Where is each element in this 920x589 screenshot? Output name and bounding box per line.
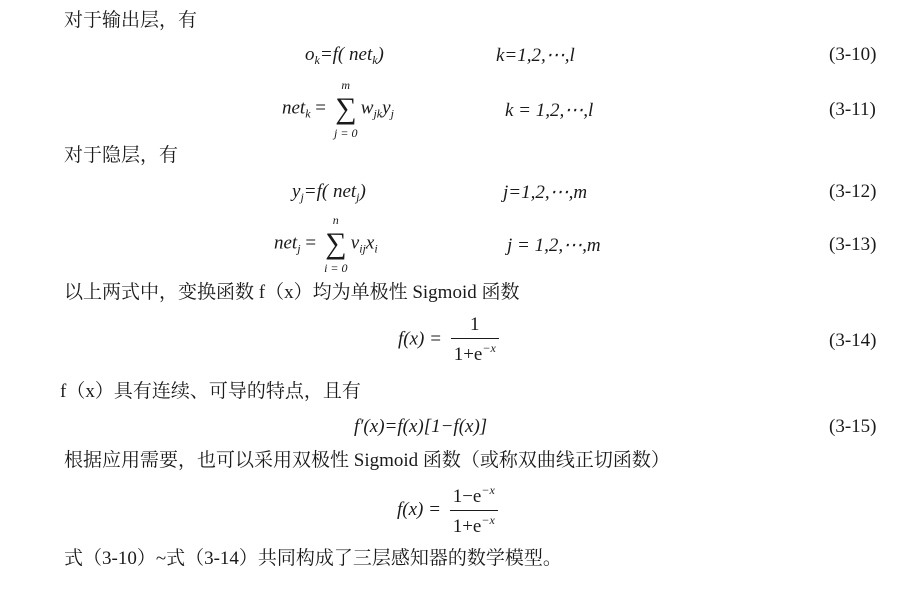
- summation-symbol: n∑i = 0: [323, 229, 349, 259]
- equation-number-3-14: (3-14): [829, 330, 876, 352]
- equation-3-12: yj=f( netj): [292, 181, 366, 205]
- fraction: 1−e−x 1+e−x: [450, 483, 498, 538]
- equation-3-12-range: j=1,2,⋯,m: [503, 181, 587, 204]
- equation-3-11-range: k = 1,2,⋯,l: [505, 99, 593, 122]
- paragraph-conclusion: 式（3-10）~式（3-14）共同构成了三层感知器的数学模型。: [64, 548, 562, 570]
- equation-bipolar-sigmoid: f(x) = 1−e−x 1+e−x: [397, 483, 498, 538]
- fraction: 1 1+e−x: [451, 314, 499, 366]
- equation-3-10: ok=f( netk): [305, 44, 384, 68]
- equation-number-3-10: (3-10): [829, 44, 876, 66]
- equation-3-11: netk = m∑j = 0wjkyj: [282, 94, 394, 124]
- equation-number-3-11: (3-11): [829, 99, 876, 121]
- equation-number-3-15: (3-15): [829, 416, 876, 438]
- paragraph-output-layer: 对于输出层，有: [64, 10, 197, 32]
- paragraph-bipolar-sigmoid: 根据应用需要，也可以采用双极性 Sigmoid 函数（或称双曲线正切函数）: [64, 450, 670, 472]
- paragraph-unipolar-sigmoid: 以上两式中，变换函数 f（x）均为单极性 Sigmoid 函数: [64, 282, 519, 304]
- equation-number-3-12: (3-12): [829, 181, 876, 203]
- equation-3-10-range: k=1,2,⋯,l: [496, 44, 575, 67]
- equation-3-14: f(x) = 1 1+e−x: [398, 314, 499, 366]
- equation-3-15: f′(x)=f(x)[1−f(x)]: [354, 416, 487, 438]
- paragraph-hidden-layer: 对于隐层，有: [64, 145, 178, 167]
- equation-number-3-13: (3-13): [829, 234, 876, 256]
- equation-3-13: netj = n∑i = 0vijxi: [274, 229, 378, 259]
- summation-symbol: m∑j = 0: [333, 94, 359, 124]
- equation-3-13-range: j = 1,2,⋯,m: [507, 234, 601, 257]
- paragraph-derivative: f（x）具有连续、可导的特点，且有: [60, 381, 361, 403]
